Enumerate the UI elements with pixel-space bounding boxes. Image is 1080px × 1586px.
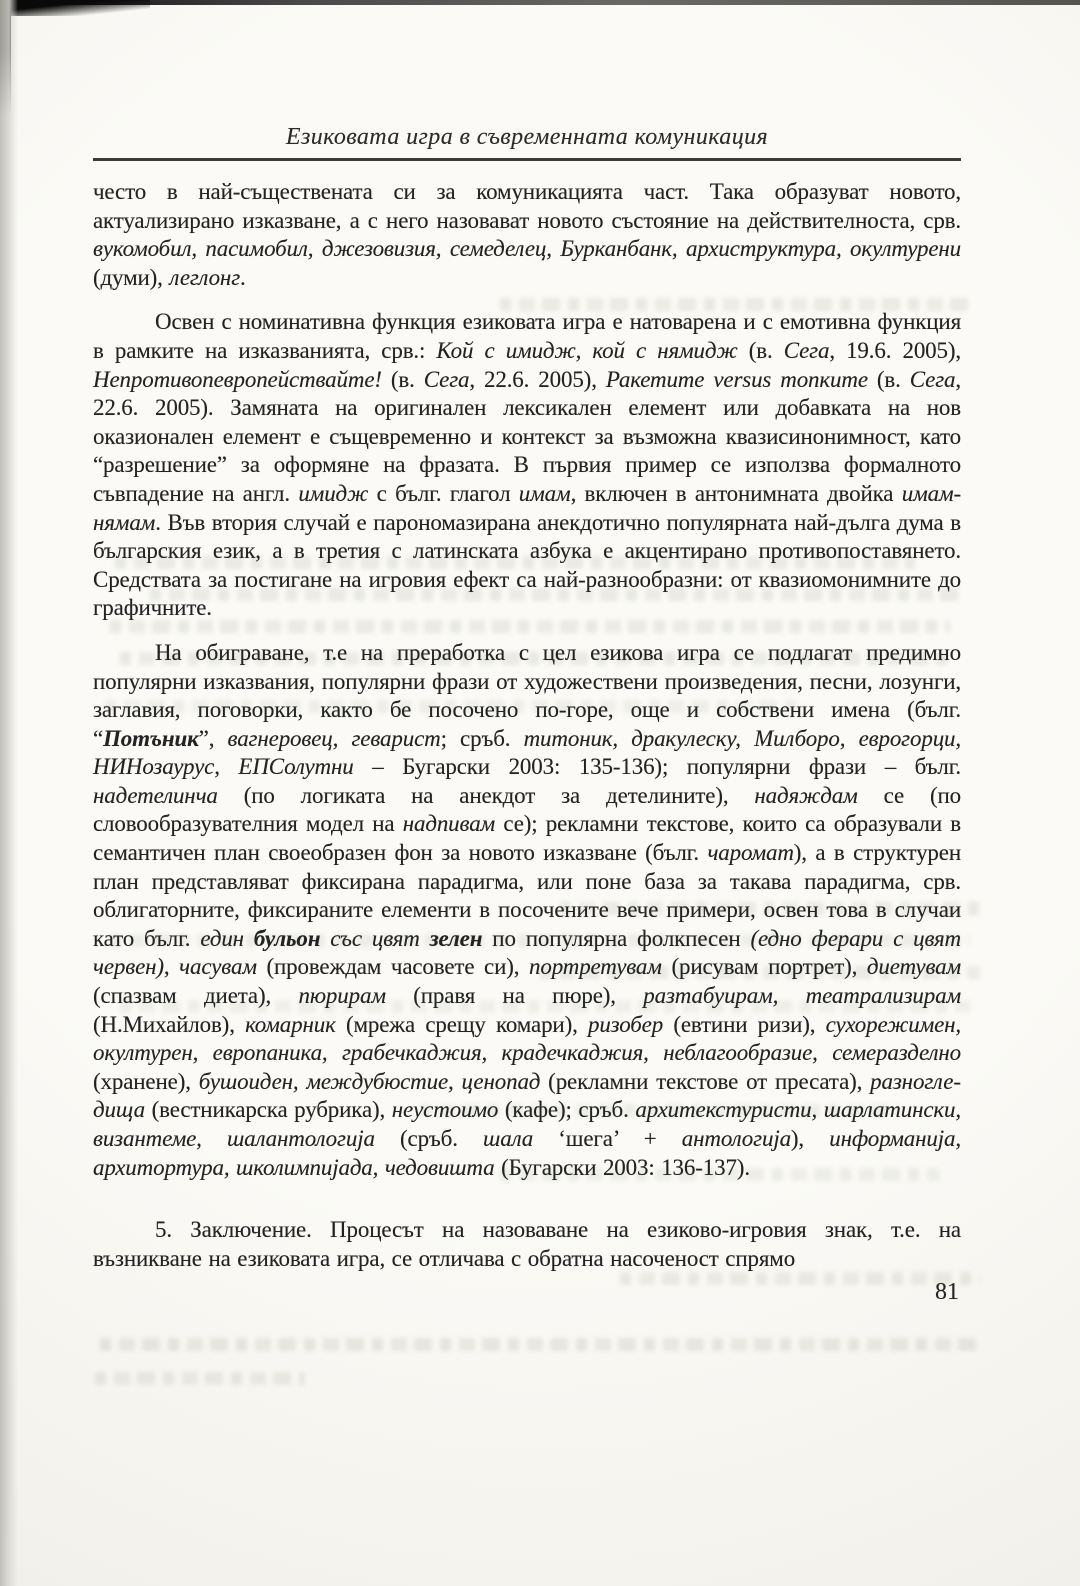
text-run: . Във втория случай е парономазирана ане… xyxy=(93,510,961,621)
text-run: (вестникарска рубрика), xyxy=(145,1097,392,1122)
paragraph: Освен с номинативна функция езиковата иг… xyxy=(93,308,961,623)
text-run: с бълг. глагол xyxy=(368,481,519,506)
text-run: . xyxy=(240,265,246,290)
text-run: (правя на пюре), xyxy=(386,983,643,1008)
text-run: зелен xyxy=(430,926,483,951)
text-run: (Н.Михайлов), xyxy=(93,1012,245,1037)
scan-gutter-band xyxy=(0,0,18,1586)
paragraph: На обиграване, т.е на преработка с цел е… xyxy=(93,639,961,1182)
text-run: (в. xyxy=(738,338,784,363)
text-run: бульон xyxy=(254,926,320,951)
text-run: имидж xyxy=(298,481,368,506)
text-run: вукомобил, пасимобил, джезовизия, семеде… xyxy=(93,236,961,261)
text-run: бушоиден, междубюстие, ценопад xyxy=(199,1069,541,1094)
text-run: часувам xyxy=(179,954,257,979)
text-run: Сега xyxy=(784,338,830,363)
text-run: (провеждам часовете си), xyxy=(257,954,529,979)
scanned-page: Езиковата игра в съвременната комуникаци… xyxy=(0,0,1080,1586)
text-run: шала xyxy=(483,1126,533,1151)
text-run: , 19.6. 2005), xyxy=(829,338,961,363)
text-run: портретувам xyxy=(529,954,662,979)
text-run: надпивам xyxy=(403,811,495,836)
text-run: ”, xyxy=(199,726,228,751)
text-run: надяждам xyxy=(754,783,857,808)
text-run: (сръб. xyxy=(375,1126,483,1151)
text-run: Сега xyxy=(910,367,956,392)
text-run: комарник xyxy=(245,1012,336,1037)
text-run: вагнеровец, геварист xyxy=(228,726,441,751)
text-run: имам xyxy=(519,481,571,506)
text-run: ; сръб. xyxy=(441,726,524,751)
text-run: (хранене), xyxy=(93,1069,199,1094)
text-run: диетувам xyxy=(867,954,961,979)
text-run: Сега xyxy=(424,367,470,392)
text-run: (думи), xyxy=(93,265,169,290)
text-run: със цвят xyxy=(320,926,429,951)
text-run: неустоимо xyxy=(392,1097,498,1122)
text-run: ‘шега’ + xyxy=(533,1126,682,1151)
text-run: пюрирам xyxy=(299,983,386,1008)
text-run: (мрежа срещу комари), xyxy=(336,1012,588,1037)
text-run: , xyxy=(164,954,179,979)
text-run: ризобер xyxy=(588,1012,663,1037)
paragraph: 5. Заключение. Процесът на назоваване на… xyxy=(93,1216,961,1273)
text-run: (в. xyxy=(382,367,424,392)
paragraph: често в най-съществената си за комуникац… xyxy=(93,178,961,292)
show-through-artifact xyxy=(100,1338,980,1351)
running-title: Езиковата игра в съвременната комуникаци… xyxy=(93,124,961,151)
text-run: един xyxy=(200,926,254,951)
text-run: (рекламни текстове от пресата), xyxy=(540,1069,870,1094)
text-run: (евтини ризи), xyxy=(663,1012,826,1037)
text-run: – Бугарски 2003: 135-136); популярни фра… xyxy=(354,754,961,779)
text-run: леглонг xyxy=(169,265,240,290)
text-run: (кафе); сръб. xyxy=(498,1097,635,1122)
text-run: Потъник xyxy=(103,726,199,751)
text-run: (по логиката на анекдот за детелините), xyxy=(218,783,755,808)
text-run: чаромат xyxy=(707,840,793,865)
text-run: (спазвам диета), xyxy=(93,983,299,1008)
text-run: , 22.6. 2005), xyxy=(469,367,605,392)
text-run: по популярна фолкпесен xyxy=(482,926,750,951)
body-text: често в най-съществената си за комуникац… xyxy=(93,178,961,1273)
text-run: (рисувам портрет), xyxy=(662,954,867,979)
show-through-artifact xyxy=(95,1372,305,1385)
text-run: надетелинча xyxy=(93,783,218,808)
text-run: често в най-съществената си за комуникац… xyxy=(93,179,961,233)
text-block: Езиковата игра в съвременната комуникаци… xyxy=(93,0,961,1306)
text-run: Ракетите versus топките xyxy=(606,367,868,392)
text-run: Непротивопевропействайте! xyxy=(93,367,382,392)
header-rule xyxy=(93,158,961,161)
text-run: (Бугарски 2003: 136-137). xyxy=(494,1155,749,1180)
text-run: антологија xyxy=(682,1126,791,1151)
text-run: 5. Заключение. Процесът на назоваване на… xyxy=(93,1217,961,1271)
text-run: (в. xyxy=(868,367,910,392)
page-number: 81 xyxy=(93,1279,961,1306)
text-run: Кой с имидж, кой с нямидж xyxy=(436,338,737,363)
text-run: разтабуирам, театрализирам xyxy=(643,983,961,1008)
text-run: ), xyxy=(791,1126,829,1151)
text-run: , включен в антонимната двойка xyxy=(571,481,902,506)
